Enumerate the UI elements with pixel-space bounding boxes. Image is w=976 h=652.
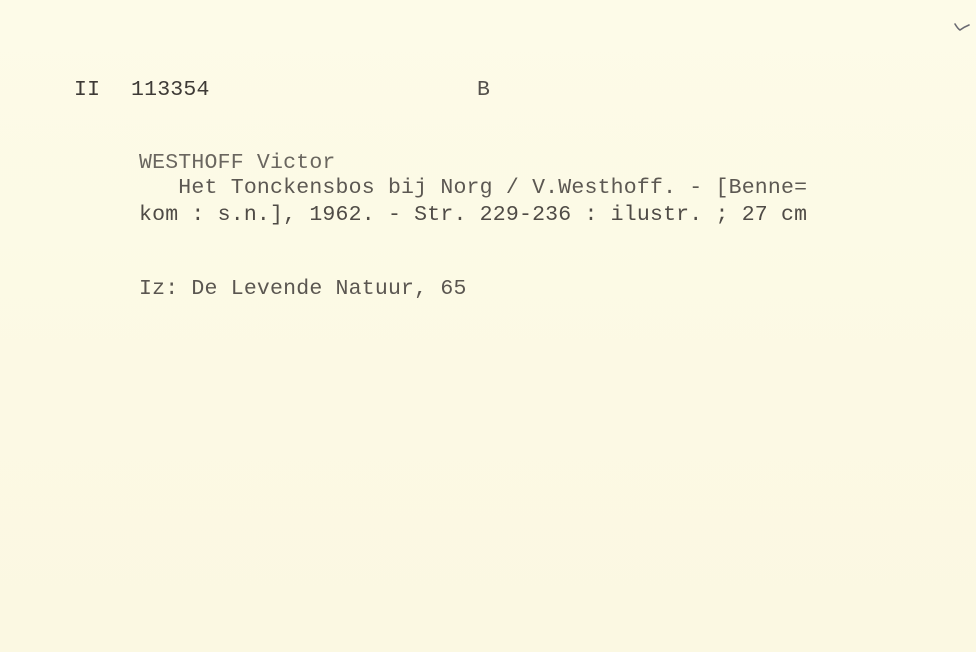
catalog-card: II 113354 B WESTHOFF Victor Het Tonckens… [0,0,976,652]
title-statement-line-1: Het Tonckensbos bij Norg / V.Westhoff. -… [139,178,807,200]
author-heading: WESTHOFF Victor [139,153,336,175]
source-note: Iz: De Levende Natuur, 65 [139,279,467,301]
call-number-prefix: II [74,80,100,102]
title-statement-line-2: kom : s.n.], 1962. - Str. 229-236 : ilus… [139,205,807,227]
checkmark-icon [954,22,970,32]
call-number: 113354 [131,80,210,102]
call-number-suffix: B [477,80,490,102]
